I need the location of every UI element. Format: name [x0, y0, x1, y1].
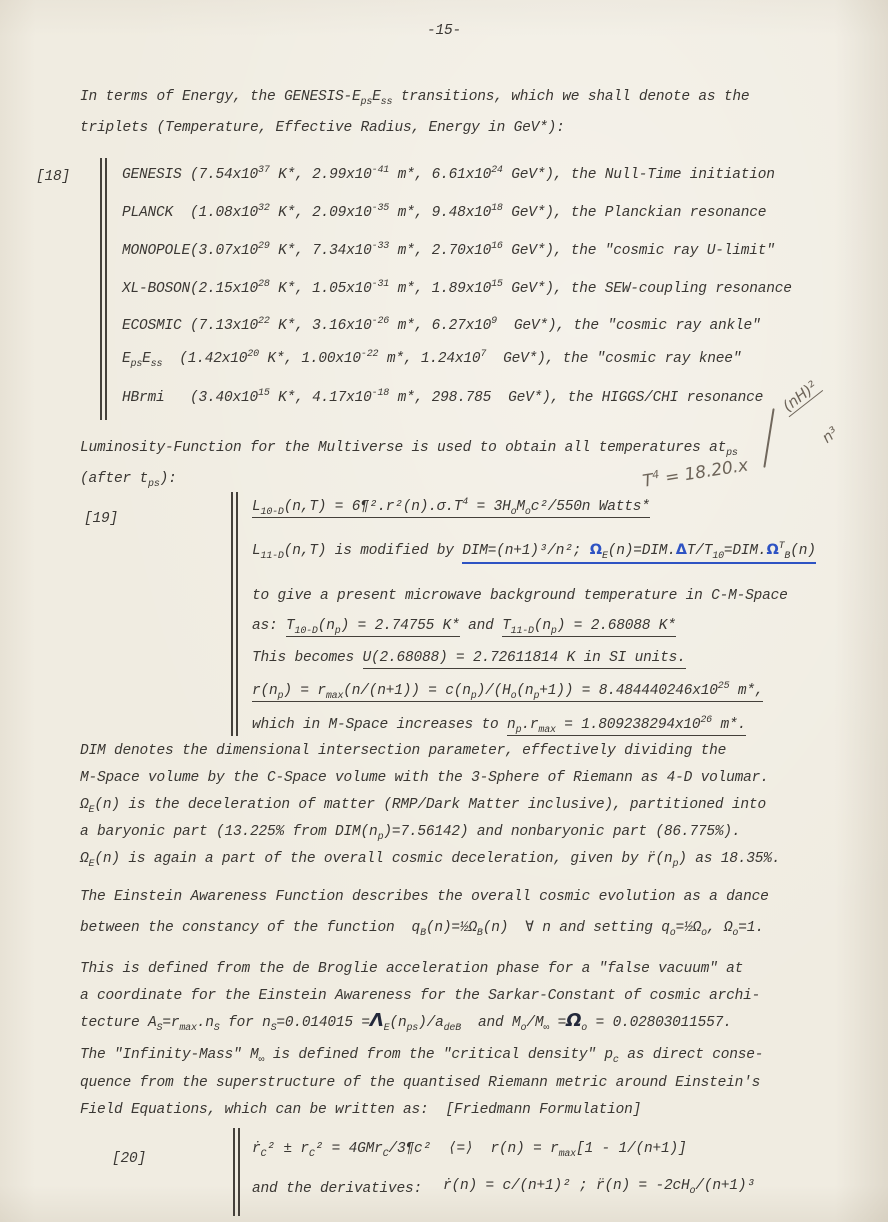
paragraph-line: a coordinate for the Einstein Awareness … — [80, 989, 760, 1005]
equation-line: This becomes U(2.68088) = 2.72611814 K i… — [252, 651, 686, 667]
underlined-equation: r(np) = rmax(n/(n+1)) = c(np)/(Ho(np+1))… — [252, 683, 763, 702]
equation-line: which in M-Space increases to np.rmax = … — [252, 718, 746, 734]
double-rule-20 — [233, 1128, 240, 1216]
paragraph-line: ΩE(n) is again a part of the overall cos… — [80, 852, 780, 868]
underlined-equation: U(2.68088) = 2.72611814 K in SI units. — [363, 650, 686, 669]
equation-text: as: — [252, 618, 286, 634]
equation-line: L11-D(n,T) is modified by DIM=(n+1)³/n²;… — [252, 543, 816, 560]
equation-text: This becomes — [252, 650, 363, 666]
scanned-page: -15- In terms of Energy, the GENESIS-Eps… — [0, 0, 888, 1222]
table-row: GENESIS (7.54x1037 K*, 2.99x10-41 m*, 6.… — [122, 168, 775, 184]
paragraph-line: tecture AS=rmax.nS for nS=0.014015 =ΛE(n… — [80, 1016, 732, 1032]
intro-line: triplets (Temperature, Effective Radius,… — [80, 121, 565, 137]
equation-line: to give a present microwave background t… — [252, 589, 788, 605]
equation-line: L10-D(n,T) = 6¶².r²(n).σ.T4 = 3HoMoc²/55… — [252, 500, 650, 516]
underlined-equation: np.rmax = 1.809238294x1026 m*. — [507, 717, 746, 736]
paragraph-line: Field Equations, which can be written as… — [80, 1103, 641, 1119]
blue-underlined-equation: DIM=(n+1)³/n²; ΩE(n)=DIM.ΔT/T10=DIM.ΩTB(… — [462, 543, 815, 564]
handwritten-fraction-numerator: (nH)² — [778, 377, 822, 417]
underlined-equation: L10-D(n,T) = 6¶².r²(n).σ.T4 = 3HoMoc²/55… — [252, 499, 650, 518]
paragraph-line: The Einstein Awareness Function describe… — [80, 890, 769, 906]
equation-text: L11-D(n,T) is modified by — [252, 543, 462, 559]
table-row: HBrmi (3.40x1015 K*, 4.17x10-18 m*, 298.… — [122, 391, 763, 407]
equation-line: ṙC² ± rC² = 4GMrC/3¶c² ⟨=⟩ r(n) = rmax[… — [252, 1142, 687, 1158]
handwritten-stroke — [763, 408, 774, 468]
underlined-equation: T10-D(np) = 2.74755 K* — [286, 618, 460, 637]
luminosity-line: (after tps): — [80, 472, 177, 488]
table-row: EpsEss (1.42x1020 K*, 1.00x10-22 m*, 1.2… — [122, 352, 741, 368]
paragraph-line: between the constancy of the function qB… — [80, 921, 764, 937]
double-rule-18 — [100, 158, 107, 420]
handwritten-note: T4 = 18.20.x — [641, 454, 750, 492]
equation-line: as: T10-D(np) = 2.74755 K* and T11-D(np)… — [252, 619, 676, 635]
paragraph-line: M-Space volume by the C-Space volume wit… — [80, 771, 769, 787]
handwritten-fraction-denominator: n³ — [809, 416, 852, 455]
handwritten-fraction: (nH)² n³ — [759, 352, 871, 479]
double-rule-19 — [231, 492, 238, 736]
table-row: MONOPOLE(3.07x1029 K*, 7.34x10-33 m*, 2.… — [122, 244, 775, 260]
paragraph-line: quence from the superstructure of the qu… — [80, 1076, 760, 1092]
equation-line: ṙ(n) = c/(n+1)² ; r̈(n) = -2cHo/(n+1)³ — [443, 1179, 755, 1195]
intro-line: In terms of Energy, the GENESIS-EpsEss t… — [80, 90, 749, 106]
equation-text: which in M-Space increases to — [252, 717, 507, 733]
paragraph-line: The "Infinity-Mass" M∞ is defined from t… — [80, 1048, 763, 1064]
paragraph-line: This is defined from the de Broglie acce… — [80, 962, 743, 978]
equation-line: r(np) = rmax(n/(n+1)) = c(np)/(Ho(np+1))… — [252, 684, 763, 700]
equation-line: and the derivatives: — [252, 1182, 422, 1198]
equation-label-19: [19] — [84, 512, 118, 528]
equation-text: and — [460, 618, 503, 634]
paragraph-line: DIM denotes the dimensional intersection… — [80, 744, 726, 760]
page-number: -15- — [0, 24, 888, 40]
paragraph-line: a baryonic part (13.225% from DIM(np)=7.… — [80, 825, 740, 841]
table-row: XL-BOSON(2.15x1028 K*, 1.05x10-31 m*, 1.… — [122, 282, 792, 298]
table-row: PLANCK (1.08x1032 K*, 2.09x10-35 m*, 9.4… — [122, 206, 766, 222]
equation-label-18: [18] — [36, 170, 70, 186]
paragraph-line: ΩE(n) is the deceleration of matter (RMP… — [80, 798, 766, 814]
equation-label-20: [20] — [112, 1152, 146, 1168]
luminosity-line: Luminosity-Function for the Multiverse i… — [80, 441, 738, 457]
underlined-equation: T11-D(np) = 2.68088 K* — [502, 618, 676, 637]
table-row: ECOSMIC (7.13x1022 K*, 3.16x10-26 m*, 6.… — [122, 319, 760, 335]
